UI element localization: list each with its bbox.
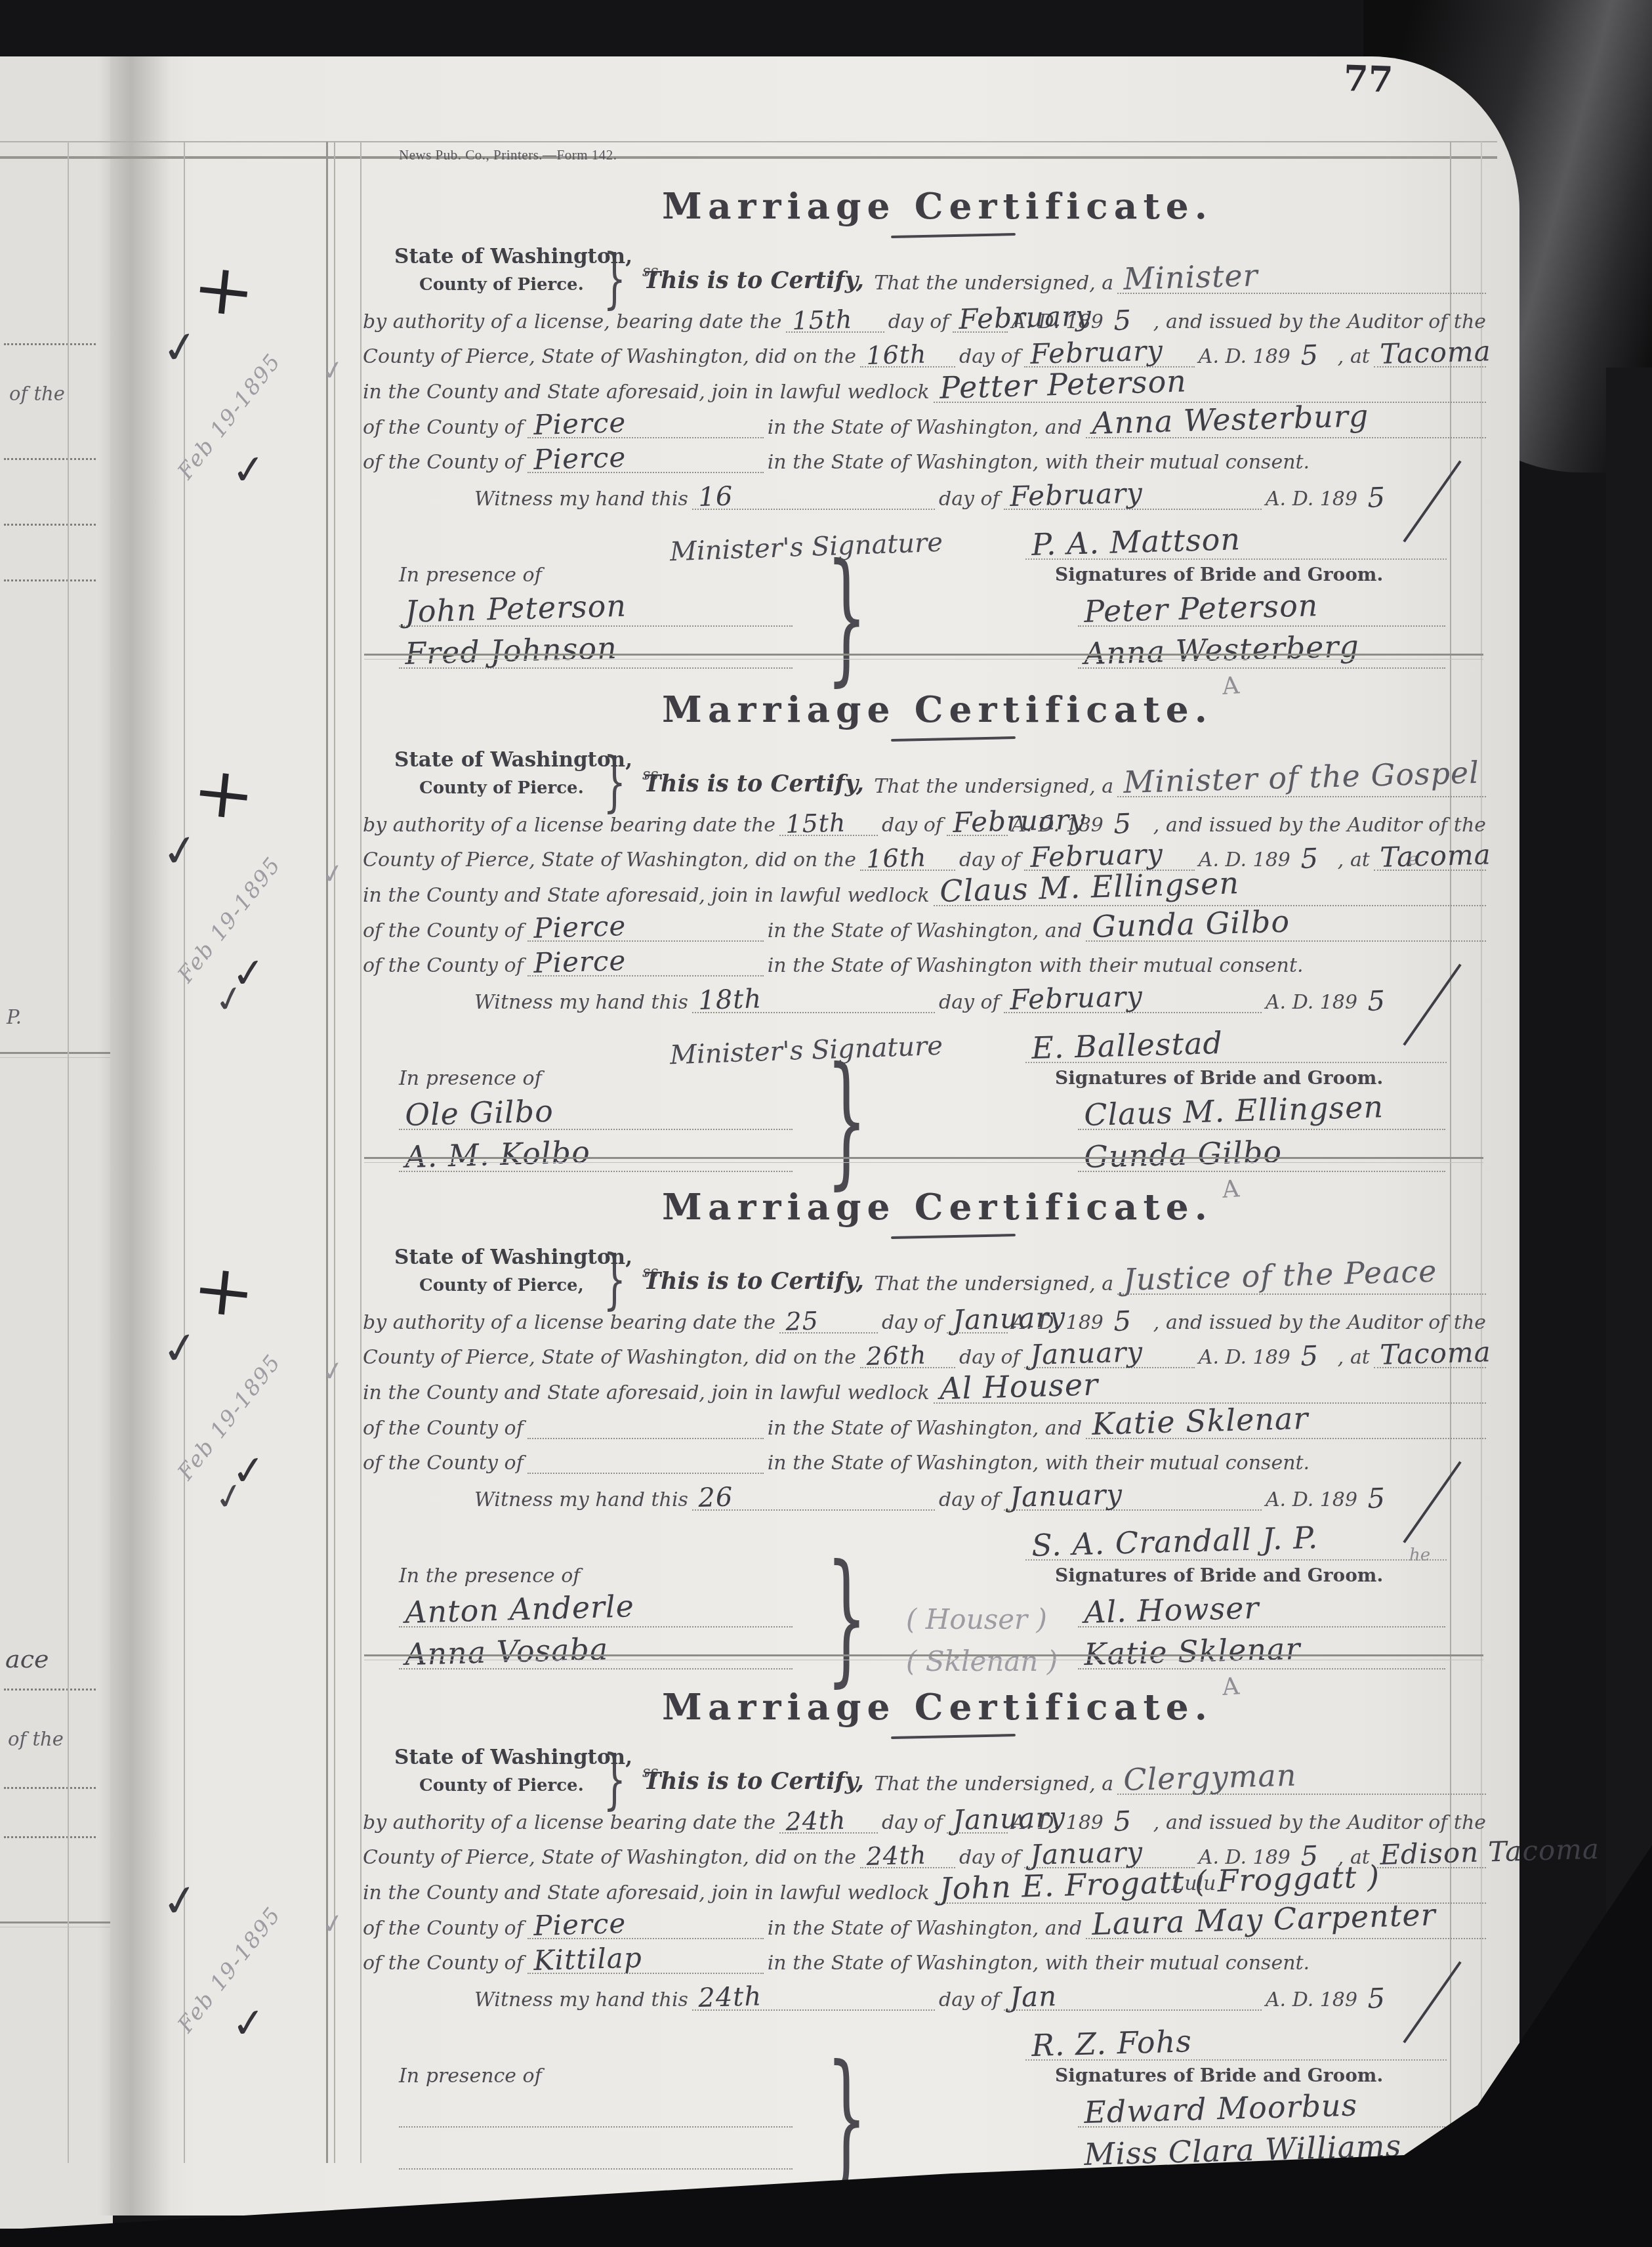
form-text: by authority of a license bearing date t… xyxy=(363,1312,775,1333)
officiant-signature-handwriting: P. A. Mattson xyxy=(1031,521,1241,562)
groom-county-blank xyxy=(527,1414,764,1439)
pencil-surname-note: ( Houser ) xyxy=(906,1603,1047,1635)
groom-county-handwriting: Pierce xyxy=(533,1907,626,1942)
signatures-header: Signatures of Bride and Groom. xyxy=(1055,2065,1383,2086)
presence-label: In presence of xyxy=(399,1067,542,1090)
officiant-signature-row: R. Z. Fohs xyxy=(363,2021,1486,2061)
form-text: in the County and State aforesaid, join … xyxy=(363,1382,930,1404)
form-text: , at xyxy=(1338,849,1370,871)
year-blank: 5 xyxy=(1107,1310,1149,1333)
text-column-rule-left xyxy=(360,142,361,2163)
bride-county-line: of the County of Pierce in the State of … xyxy=(363,448,1486,473)
form-text: in the State of Washington, and xyxy=(768,417,1083,438)
witness-month-blank: February xyxy=(1004,485,1262,510)
witness-month-blank: January xyxy=(1004,1486,1262,1511)
form-text: day of xyxy=(939,488,1000,510)
form-text: A. D. 189 xyxy=(1266,488,1357,510)
place-handwriting: Tacoma xyxy=(1379,838,1491,873)
marriage-certificate: ✓ Feb 19-1895 ✓ ✓ Marriage Certificate. … xyxy=(363,1662,1486,2205)
margin-check-mark: ✓ xyxy=(230,2002,267,2045)
year-handwriting: 5 xyxy=(1300,1339,1319,1372)
license-day-blank: 15th xyxy=(779,811,878,836)
form-text: day of xyxy=(959,346,1020,367)
form-text: , and issued by the Auditor of the xyxy=(1153,311,1486,333)
prev-page-handwriting-fragment: ace xyxy=(5,1645,49,1673)
marriage-date-line: County of Pierce, State of Washington, d… xyxy=(363,1343,1486,1368)
certificate-title: Marriage Certificate. xyxy=(363,1185,1486,1228)
form-text: Witness my hand this xyxy=(474,1489,688,1511)
margin-cross-mark: + xyxy=(189,253,259,328)
margin-check-mark: ✓ xyxy=(159,1877,201,1925)
groom-signature-handwriting: Al. Howser xyxy=(1083,1590,1260,1630)
certify-rest: That the undersigned, a xyxy=(868,1773,1113,1795)
title-flourish-rule xyxy=(891,736,1016,742)
groom-county-handwriting: Pierce xyxy=(533,406,626,441)
form-text: Witness my hand this xyxy=(474,992,688,1013)
marriage-certificate: + ✓ Feb 19-1895 ✓ ✓ Marriage Certificate… xyxy=(363,161,1486,660)
witness-month-handwriting: February xyxy=(1009,476,1143,513)
venue-block: State of Washington, County of Pierce, xyxy=(394,1246,632,1295)
previous-page-sliver: of the P. ace of the xyxy=(0,56,113,2229)
marriage-certificate: + ✓ Feb 19-1895 ✓ ✓ ✓ Marriage Certifica… xyxy=(363,1162,1486,1660)
license-date-line: by authority of a license bearing date t… xyxy=(363,811,1486,836)
prev-page-dotted-line xyxy=(4,579,96,581)
witness-month-blank: February xyxy=(1004,988,1262,1013)
license-month-blank: January xyxy=(947,1809,1008,1834)
margin-check-mark: ✓ xyxy=(159,1324,201,1372)
witness1-blank: John Peterson xyxy=(399,602,793,627)
license-month-handwriting: January xyxy=(952,1301,1065,1336)
page-top-rule-thin xyxy=(0,141,1497,142)
prev-page-dotted-line xyxy=(4,1787,96,1789)
marriage-day-blank: 24th xyxy=(860,1843,955,1868)
year-handwriting: 5 xyxy=(1300,339,1319,371)
form-text: in the State of Washington, with their m… xyxy=(768,1452,1310,1474)
witness-hand-line: Witness my hand this 24th day of Jan A. … xyxy=(474,1986,1407,2011)
groom-county-handwriting: Pierce xyxy=(533,910,626,944)
certify-rest: That the undersigned, a xyxy=(868,776,1113,797)
margin-check-mark: ✓ xyxy=(159,324,201,371)
place-blank: Tacoma xyxy=(1374,343,1486,367)
groom-county-line: of the County of Pierce in the State of … xyxy=(363,1914,1486,1939)
form-text: in the State of Washington, with their m… xyxy=(768,1952,1310,1974)
form-text: day of xyxy=(888,311,949,333)
first-signature-row: Edward Moorbus xyxy=(363,2103,1486,2131)
certify-rest: That the undersigned, a xyxy=(868,272,1113,294)
state-label: State of Washington, xyxy=(394,1246,632,1269)
bride-county-line: of the County of Kittilap in the State o… xyxy=(363,1949,1486,1974)
form-text: of the County of xyxy=(363,417,524,438)
prev-page-dotted-line xyxy=(4,1689,96,1690)
groom-county-line: of the County of in the State of Washing… xyxy=(363,1414,1486,1439)
witness-month-handwriting: January xyxy=(1009,1478,1123,1513)
state-label: State of Washington, xyxy=(394,245,632,268)
marriage-day-blank: 26th xyxy=(860,1343,955,1368)
year-blank: 5 xyxy=(1294,344,1334,367)
form-text: in the State of Washington, and xyxy=(768,1918,1083,1939)
bride-county-handwriting: Pierce xyxy=(533,944,626,979)
certify-line: This is to Certify, That the undersigned… xyxy=(644,1768,1486,1795)
license-day-handwriting: 25 xyxy=(785,1307,819,1336)
officiant-signature-blank: S. A. Crandall J. P. xyxy=(1025,1536,1447,1561)
bride-name-handwriting: Gunda Gilbo xyxy=(1092,904,1291,944)
groom-signature-handwriting: Claus M. Ellingsen xyxy=(1083,1089,1384,1133)
bride-name-handwriting: Katie Sklenar xyxy=(1092,1400,1310,1442)
place-handwriting: Tacoma xyxy=(1379,335,1491,370)
form-text: day of xyxy=(882,814,943,836)
marriage-day-blank: 16th xyxy=(860,343,955,367)
venue-block: State of Washington, County of Pierce. xyxy=(394,1746,632,1795)
form-text: of the County of xyxy=(363,1452,524,1474)
witness-month-handwriting: Jan xyxy=(1009,1980,1057,2013)
form-text: , and issued by the Auditor of the xyxy=(1153,1312,1486,1333)
form-text: of the County of xyxy=(363,451,524,473)
license-day-handwriting: 15th xyxy=(791,304,852,335)
form-text: , at xyxy=(1338,1347,1370,1368)
prev-page-text-fragment: of the xyxy=(8,1728,64,1750)
form-text: day of xyxy=(939,992,1000,1013)
margin-check-mark: ✓ xyxy=(320,859,346,889)
form-text: Witness my hand this xyxy=(474,1989,688,2011)
license-date-line: by authority of a license bearing date t… xyxy=(363,1309,1486,1333)
certify-line: This is to Certify, That the undersigned… xyxy=(644,267,1486,294)
place-blank: Tacoma xyxy=(1374,1343,1486,1368)
officiant-signature-handwriting: S. A. Crandall J. P. xyxy=(1031,1520,1318,1563)
license-month-handwriting: February xyxy=(952,803,1086,839)
form-text: of the County of xyxy=(363,1417,524,1439)
officiant-signature-handwriting: R. Z. Fohs xyxy=(1031,2023,1192,2063)
year-handwriting: 5 xyxy=(1113,304,1132,337)
page-number: 77 xyxy=(1343,57,1394,101)
form-text: , at xyxy=(1338,346,1370,367)
year-handwriting: 5 xyxy=(1113,807,1132,840)
prev-page-section-rule xyxy=(0,1052,113,1058)
groom-name-blank: Claus M. Ellingsen xyxy=(934,881,1486,906)
witness2-blank xyxy=(399,2145,793,2170)
year-blank: 5 xyxy=(1361,990,1407,1013)
certify-heading: This is to Certify, xyxy=(644,267,864,294)
year-blank: 5 xyxy=(1361,1987,1407,2011)
witness-hand-line: Witness my hand this 18th day of Februar… xyxy=(474,988,1407,1013)
signatures-header: Signatures of Bride and Groom. xyxy=(1055,564,1383,585)
officiant-title-blank: Minister of the Gospel xyxy=(1117,772,1486,797)
officiant-signature-handwriting: E. Ballestad xyxy=(1031,1025,1223,1066)
marriage-date-line: County of Pierce, State of Washington, d… xyxy=(363,846,1486,871)
form-text: A. D. 189 xyxy=(1266,992,1357,1013)
bride-county-blank: Kittilap xyxy=(527,1949,764,1974)
year-blank: 5 xyxy=(1361,1487,1407,1511)
witness-day-blank: 24th xyxy=(692,1986,935,2011)
certify-line: This is to Certify, That the undersigned… xyxy=(644,1268,1486,1295)
officiant-title-blank: Justice of the Peace xyxy=(1117,1270,1486,1295)
marriage-certificate: + ✓ Feb 19-1895 ✓ ✓ ✓ Marriage Certifica… xyxy=(363,664,1486,1163)
officiant-signature-label-handwriting: Minister's Signature xyxy=(669,528,943,567)
wedlock-line: in the County and State aforesaid, join … xyxy=(363,881,1486,906)
first-signature-row: Anton Anderle ( Houser ) Al. Howser xyxy=(363,1603,1486,1631)
state-label: State of Washington, xyxy=(394,748,632,772)
form-text: in the State of Washington, and xyxy=(768,1417,1083,1439)
bride-name-blank: Katie Sklenar xyxy=(1086,1414,1486,1439)
groom-county-blank: Pierce xyxy=(527,1914,764,1939)
place-blank: Tacoma xyxy=(1374,846,1486,871)
signatures-header: Signatures of Bride and Groom. xyxy=(1055,1564,1383,1586)
bride-county-blank: Pierce xyxy=(527,448,764,473)
witness1-blank xyxy=(399,2103,793,2128)
marriage-day-handwriting: 16th xyxy=(866,843,927,873)
year-handwriting: 5 xyxy=(1113,1305,1132,1337)
form-text: in the County and State aforesaid, join … xyxy=(363,885,930,906)
form-text: by authority of a license bearing date t… xyxy=(363,1812,775,1834)
form-text: in the State of Washington with their mu… xyxy=(768,955,1304,976)
place-handwriting: Tacoma xyxy=(1379,1335,1491,1371)
form-text: A. D. 189 xyxy=(1199,346,1291,367)
officiant-title-handwriting: Clergyman xyxy=(1123,1757,1298,1797)
prev-page-dotted-line xyxy=(4,343,96,345)
license-month-blank: February xyxy=(953,308,1007,333)
year-blank: 5 xyxy=(1361,486,1407,510)
form-text: by authority of a license, bearing date … xyxy=(363,311,782,333)
form-text: in the State of Washington, with their m… xyxy=(768,451,1310,473)
place-blank: Edison Tacoma xyxy=(1374,1843,1486,1868)
year-handwriting: 5 xyxy=(1113,1805,1132,1837)
license-month-blank: January xyxy=(947,1309,1008,1333)
margin-annotations: + ✓ Feb 19-1895 ✓ ✓ ✓ xyxy=(154,1253,359,1660)
county-label: County of Pierce. xyxy=(419,778,632,798)
section-separator-rule xyxy=(364,654,1483,660)
form-text: A. D. 189 xyxy=(1266,1989,1357,2011)
signatures-header: Signatures of Bride and Groom. xyxy=(1055,1067,1383,1089)
certificate-title: Marriage Certificate. xyxy=(363,688,1486,730)
certify-rest: That the undersigned, a xyxy=(868,1273,1113,1295)
title-flourish-rule xyxy=(891,1234,1016,1239)
license-day-blank: 25 xyxy=(779,1309,878,1333)
officiant-title-handwriting: Minister of the Gospel xyxy=(1123,755,1480,800)
witness1-handwriting: Anton Anderle xyxy=(404,1588,634,1630)
county-label: County of Pierce. xyxy=(419,275,632,295)
officiant-signature-row: Minister's Signature E. Ballestad xyxy=(363,1024,1486,1063)
title-flourish-rule xyxy=(891,233,1016,238)
margin-check-mark: ✓ xyxy=(320,1356,346,1386)
certify-heading: This is to Certify, xyxy=(644,770,864,797)
groom-county-line: of the County of Pierce in the State of … xyxy=(363,413,1486,438)
form-text: day of xyxy=(882,1312,943,1333)
officiant-signature-blank: R. Z. Fohs xyxy=(1025,2036,1447,2061)
presence-label: In the presence of xyxy=(399,1564,580,1587)
marriage-month-handwriting: January xyxy=(1029,1335,1143,1371)
form-text: Witness my hand this xyxy=(474,488,688,510)
officiant-title-handwriting: Justice of the Peace xyxy=(1123,1253,1438,1297)
certify-heading: This is to Certify, xyxy=(644,1268,864,1295)
groom-county-blank: Pierce xyxy=(527,413,764,438)
margin-check-mark: ✓ xyxy=(320,356,346,385)
margin-cross-mark: + xyxy=(189,1253,259,1329)
year-handwriting: 5 xyxy=(1300,842,1319,875)
officiant-signature-blank: E. Ballestad xyxy=(1025,1038,1447,1063)
witness1-blank: Anton Anderle xyxy=(399,1603,793,1627)
bride-county-handwriting: Kittilap xyxy=(533,1941,642,1977)
marriage-day-handwriting: 16th xyxy=(866,339,927,370)
state-label: State of Washington, xyxy=(394,1746,632,1769)
groom-name-handwriting: Petter Peterson xyxy=(939,364,1187,406)
groom-name-blank: Petter Peterson xyxy=(934,378,1486,403)
marriage-date-line: County of Pierce, State of Washington, d… xyxy=(363,343,1486,367)
form-text: day of xyxy=(939,1989,1000,2011)
license-date-line: by authority of a license bearing date t… xyxy=(363,1809,1486,1834)
wedlock-line: in the County and State aforesaid, join … xyxy=(363,1379,1486,1404)
bride-county-line: of the County of Pierce in the State of … xyxy=(363,952,1486,976)
form-text: County of Pierce, State of Washington, d… xyxy=(363,1847,856,1868)
first-signature-row: Ole Gilbo Claus M. Ellingsen xyxy=(363,1105,1486,1134)
officiant-title-blank: Clergyman xyxy=(1117,1770,1486,1795)
marriage-register-scan: of the P. ace of the 77 News Pub. Co., P… xyxy=(0,0,1652,2247)
groom-signature-blank: Claus M. Ellingsen xyxy=(1078,1105,1445,1130)
witness-month-handwriting: February xyxy=(1009,980,1143,1016)
marriage-day-handwriting: 26th xyxy=(866,1340,927,1371)
witness-day-blank: 18th xyxy=(692,988,935,1013)
license-month-handwriting: January xyxy=(952,1801,1065,1836)
officiant-title-blank: Minister xyxy=(1117,269,1486,294)
year-blank: 5 xyxy=(1294,1345,1334,1368)
form-text: day of xyxy=(959,849,1020,871)
officiant-signature-blank: P. A. Mattson xyxy=(1025,535,1447,560)
page-top-rule-thick xyxy=(0,156,1497,159)
year-handwriting: 5 xyxy=(1367,1482,1386,1515)
bride-county-blank: Pierce xyxy=(527,952,764,976)
witness-day-handwriting: 16 xyxy=(698,482,733,513)
year-blank: 5 xyxy=(1107,309,1149,333)
marriage-day-blank: 16th xyxy=(860,846,955,871)
form-text: County of Pierce, State of Washington, d… xyxy=(363,346,856,367)
officiant-signature-row: Minister's Signature P. A. Mattson xyxy=(363,520,1486,560)
presence-label: In presence of xyxy=(399,2065,542,2088)
year-handwriting: 5 xyxy=(1367,481,1386,514)
form-text: County of Pierce, State of Washington, d… xyxy=(363,1347,856,1368)
certify-line: This is to Certify, That the undersigned… xyxy=(644,770,1486,797)
form-text: by authority of a license bearing date t… xyxy=(363,814,775,836)
title-flourish-rule xyxy=(891,1734,1016,1739)
bride-county-line: of the County of in the State of Washing… xyxy=(363,1449,1486,1474)
form-text: in the County and State aforesaid, join … xyxy=(363,381,930,403)
groom-name-handwriting: Al Houser xyxy=(939,1366,1098,1406)
prev-page-text-fragment: of the xyxy=(9,383,65,405)
form-text: of the County of xyxy=(363,1918,524,1939)
form-text: day of xyxy=(882,1812,943,1834)
groom-signature-blank: Al. Howser xyxy=(1078,1603,1445,1627)
certify-heading: This is to Certify, xyxy=(644,1768,864,1795)
license-month-handwriting: February xyxy=(959,299,1092,335)
witness1-blank: Ole Gilbo xyxy=(399,1105,793,1130)
bride-name-blank: Gunda Gilbo xyxy=(1086,917,1486,942)
officiant-signature-row: S. A. Crandall J. P. xyxy=(363,1521,1486,1561)
groom-name-blank: Al Houser xyxy=(934,1379,1486,1404)
certificate-title: Marriage Certificate. xyxy=(363,184,1486,227)
witness-day-blank: 26 xyxy=(692,1486,935,1511)
groom-signature-blank: Edward Moorbus xyxy=(1078,2103,1445,2128)
license-day-handwriting: 15th xyxy=(785,808,846,839)
year-blank: 5 xyxy=(1294,847,1334,871)
book-cover-right xyxy=(1606,367,1652,1942)
presence-label: In presence of xyxy=(399,564,542,587)
form-text: of the County of xyxy=(363,920,524,942)
officiant-title-handwriting: Minister xyxy=(1123,257,1259,297)
witness-day-handwriting: 26 xyxy=(698,1482,733,1513)
groom-county-line: of the County of Pierce in the State of … xyxy=(363,917,1486,942)
bride-name-blank: Laura May Carpenter Lulu xyxy=(1086,1914,1486,1939)
form-text: day of xyxy=(959,1847,1020,1868)
prev-page-section-rule xyxy=(0,1921,113,1927)
bride-name-handwriting: Anna Westerburg xyxy=(1092,398,1369,441)
margin-check-mark: ✓ xyxy=(230,448,267,492)
year-handwriting: 5 xyxy=(1367,1982,1386,2015)
bride-name-insertion: Lulu xyxy=(1171,1872,1216,1895)
prev-page-column-rule xyxy=(68,142,69,2163)
license-month-blank: February xyxy=(947,811,1008,836)
form-text: of the County of xyxy=(363,1952,524,1974)
license-date-line: by authority of a license, bearing date … xyxy=(363,308,1486,333)
prev-page-dotted-line xyxy=(4,524,96,526)
form-text: , and issued by the Auditor of the xyxy=(1153,814,1486,836)
margin-check-mark: ✓ xyxy=(159,827,201,875)
margin-annotations: ✓ Feb 19-1895 ✓ ✓ xyxy=(154,1806,359,2213)
margin-cross-mark: + xyxy=(189,756,259,831)
form-text: County of Pierce, State of Washington, d… xyxy=(363,849,856,871)
form-text: of the County of xyxy=(363,955,524,976)
witness-day-blank: 16 xyxy=(692,485,935,510)
venue-block: State of Washington, County of Pierce. xyxy=(394,245,632,295)
groom-name-handwriting: Claus M. Ellingsen xyxy=(939,865,1239,909)
venue-block: State of Washington, County of Pierce. xyxy=(394,748,632,798)
prev-page-text-fragment: P. xyxy=(7,1006,22,1028)
officiant-signature-label-handwriting: Minister's Signature xyxy=(669,1031,943,1070)
form-text: in the County and State aforesaid, join … xyxy=(363,1882,930,1904)
marriage-month-blank: January xyxy=(1024,1343,1195,1368)
form-text: A. D. 189 xyxy=(1199,1347,1291,1368)
witness-hand-line: Witness my hand this 26 day of January A… xyxy=(474,1486,1407,1511)
form-text: day of xyxy=(959,1347,1020,1368)
year-blank: 5 xyxy=(1107,812,1149,836)
year-handwriting: 5 xyxy=(1367,984,1386,1017)
county-label: County of Pierce, xyxy=(419,1276,632,1295)
first-signature-row: John Peterson Peter Peterson xyxy=(363,602,1486,631)
groom-signature-handwriting: Peter Peterson xyxy=(1083,587,1319,629)
form-text: day of xyxy=(939,1489,1000,1511)
form-text: in the State of Washington, and xyxy=(768,920,1083,942)
place-handwriting: Edison Tacoma xyxy=(1379,1833,1600,1871)
bride-county-handwriting: Pierce xyxy=(533,441,626,476)
witness-month-blank: Jan xyxy=(1004,1986,1262,2011)
section-separator-rule xyxy=(364,1654,1483,1660)
margin-annotations: + ✓ Feb 19-1895 ✓ ✓ ✓ xyxy=(154,756,359,1163)
prev-page-dotted-line xyxy=(4,1836,96,1838)
license-day-blank: 24th xyxy=(779,1809,878,1834)
form-text: , and issued by the Auditor of the xyxy=(1153,1812,1486,1834)
witness1-handwriting: John Peterson xyxy=(404,588,627,629)
witness1-handwriting: Ole Gilbo xyxy=(404,1093,554,1133)
margin-check-mark: ✓ xyxy=(320,1909,346,1939)
county-label: County of Pierce. xyxy=(419,1776,632,1795)
groom-signature-handwriting: Edward Moorbus xyxy=(1083,2087,1357,2130)
witness-day-handwriting: 18th xyxy=(698,984,762,1016)
groom-county-blank: Pierce xyxy=(527,917,764,942)
bride-county-blank xyxy=(527,1449,764,1474)
witness-day-handwriting: 24th xyxy=(698,1981,762,2013)
license-day-handwriting: 24th xyxy=(785,1805,846,1836)
form-text: A. D. 189 xyxy=(1266,1489,1357,1511)
certificate-title: Marriage Certificate. xyxy=(363,1685,1486,1728)
bride-name-blank: Anna Westerburg xyxy=(1086,413,1486,438)
license-day-blank: 15th xyxy=(786,308,884,333)
prev-page-dotted-line xyxy=(4,458,96,460)
